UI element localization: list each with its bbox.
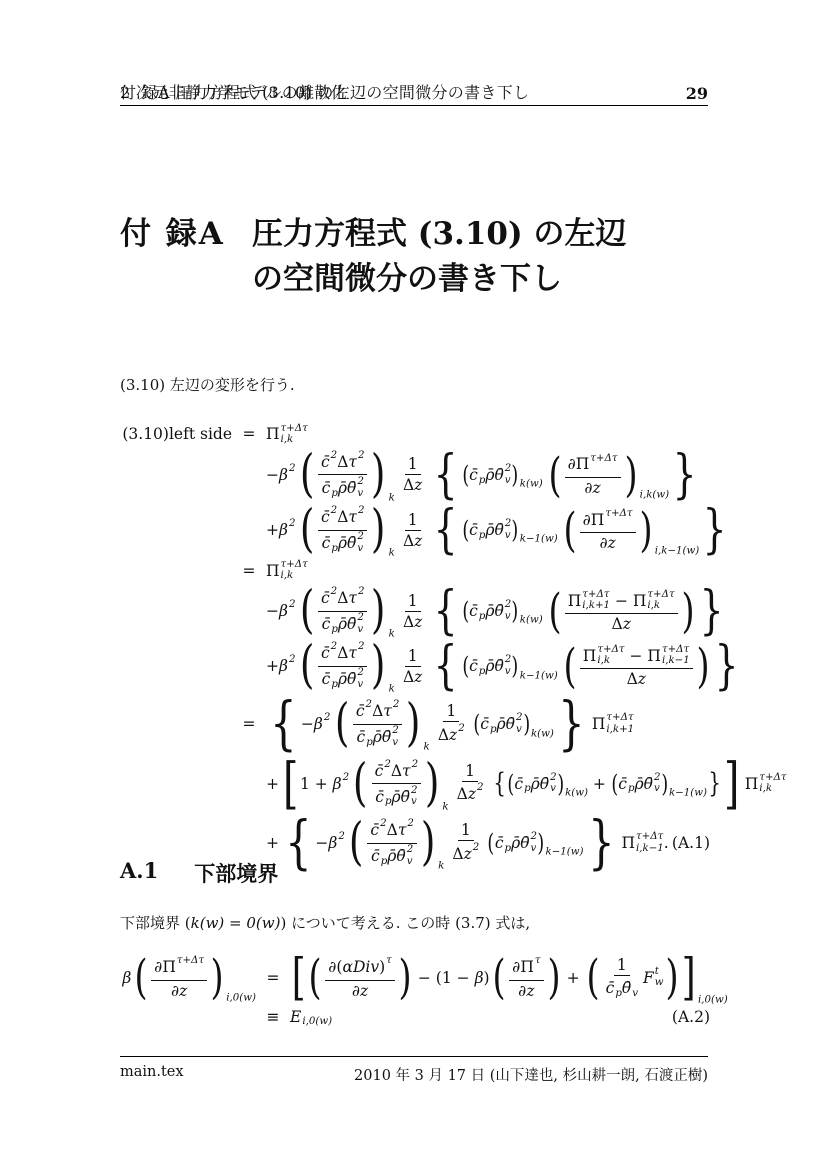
section-heading: A.1 下部境界 [120,858,278,888]
chapter-title-line2: の空間微分の書き下し [252,257,626,302]
equation-line: +[1 + β2(c̄2Δτ2c̄pρ̄θ̄2v)k1Δz2{(c̄pρ̄θ̄2… [120,756,710,811]
body-inline-math: k(w) = 0(w) [191,914,281,932]
document-page: 2 次元非静力学モデルの離散化 付 録A 圧力方程式 (3.10) の左辺の空間… [0,0,826,1169]
body-text-post: ) について考える. この時 (3.7) 式は, [280,914,530,932]
chapter-label: 付 録A [120,212,252,302]
equation-number: (A.2) [672,1008,710,1026]
page-number: 29 [686,84,708,105]
equation-number: (A.1) [672,834,710,852]
equation-line: +β2(c̄2Δτ2c̄pρ̄θ̄2v)k1Δz{(c̄pρ̄θ̄2v)k−1(… [120,640,710,692]
body-text-pre: 下部境界 ( [120,914,191,932]
equation-line: −β2(c̄2Δτ2c̄pρ̄θ̄2v)k1Δz{(c̄pρ̄θ̄2v)k(w)… [120,449,710,501]
running-head-chapter-title: 付 録A 圧力方程式 (3.10) の左辺の空間微分の書き下し [120,80,529,103]
equation-line: ={−β2(c̄2Δτ2c̄pρ̄θ̄2v)k1Δz2(c̄pρ̄θ̄2v)k(… [120,695,710,753]
section-title: 下部境界 [194,858,278,888]
equation-line: ≡Ei,0(w)(A.2) [120,1005,710,1028]
equation-line: +β2(c̄2Δτ2c̄pρ̄θ̄2v)k1Δz{(c̄pρ̄θ̄2v)k−1(… [120,504,710,556]
equation-line: −β2(c̄2Δτ2c̄pρ̄θ̄2v)k1Δz{(c̄pρ̄θ̄2v)k(w)… [120,585,710,637]
chapter-title-text: 圧力方程式 (3.10) の左辺 の空間微分の書き下し [252,212,626,302]
section-number: A.1 [120,858,158,888]
chapter-title: 付 録A 圧力方程式 (3.10) の左辺 の空間微分の書き下し [120,212,626,302]
equation-line: (3.10)left side=Πτ+Δτi,k [120,423,710,446]
equation-line: =Πτ+Δτi,k [120,559,710,582]
equation-A1: (3.10)left side=Πτ+Δτi,k−β2(c̄2Δτ2c̄pρ̄θ… [120,420,710,875]
equation-line: β(∂Πτ+Δτ∂z)i,0(w)=[(∂(αDiv)τ∂z) − (1 − β… [120,953,710,1002]
body-paragraph: 下部境界 (k(w) = 0(w)) について考える. この時 (3.7) 式は… [120,912,530,933]
page-footer: main.tex 2010 年 3 月 17 日 (山下達也, 杉山耕一朗, 石… [120,1056,708,1085]
equation-A2: β(∂Πτ+Δτ∂z)i,0(w)=[(∂(αDiv)τ∂z) − (1 − β… [120,950,710,1031]
running-head: 2 次元非静力学モデルの離散化 付 録A 圧力方程式 (3.10) の左辺の空間… [120,83,686,105]
page-header: 2 次元非静力学モデルの離散化 付 録A 圧力方程式 (3.10) の左辺の空間… [120,76,708,106]
footer-date-authors: 2010 年 3 月 17 日 (山下達也, 杉山耕一朗, 石渡正樹) [354,1064,708,1085]
intro-paragraph: (3.10) 左辺の変形を行う. [120,374,295,395]
footer-filename: main.tex [120,1064,184,1085]
chapter-title-line1: 圧力方程式 (3.10) の左辺 [252,212,626,257]
